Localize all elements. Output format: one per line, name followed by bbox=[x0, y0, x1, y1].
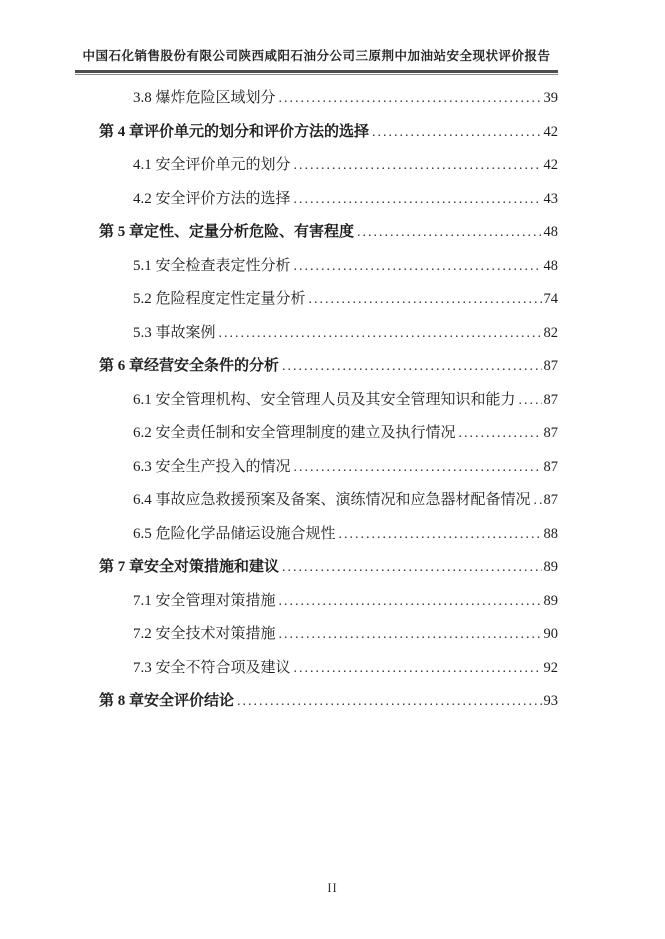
toc-page-number: 42 bbox=[542, 116, 559, 150]
toc-page-number: 48 bbox=[542, 250, 559, 284]
toc-page-number: 87 bbox=[542, 417, 559, 451]
toc-entry: 4.1 安全评价单元的划分 42 bbox=[75, 149, 558, 183]
toc-dot-leader bbox=[357, 216, 541, 250]
toc-page-number: 89 bbox=[542, 551, 559, 585]
page-footer: II bbox=[0, 881, 665, 896]
toc-entry: 3.8 爆炸危险区域划分 39 bbox=[75, 82, 558, 116]
toc-entry: 5.3 事故案例 82 bbox=[75, 317, 558, 351]
toc-page-number: 82 bbox=[542, 317, 559, 351]
toc-dot-leader bbox=[282, 551, 541, 585]
toc-entry-label: 7.1 安全管理对策措施 bbox=[133, 585, 279, 619]
toc-entry: 第 6 章经营安全条件的分析 87 bbox=[75, 350, 558, 384]
toc-entry-label: 第 4 章评价单元的划分和评价方法的选择 bbox=[99, 116, 372, 150]
toc-entry-label: 7.3 安全不符合项及建议 bbox=[133, 652, 294, 686]
header-rule-divider bbox=[75, 70, 558, 75]
toc-dot-leader bbox=[372, 116, 541, 150]
toc-page-number: 87 bbox=[542, 451, 559, 485]
toc-page-number: 48 bbox=[542, 216, 559, 250]
toc-entry: 5.1 安全检查表定性分析 48 bbox=[75, 250, 558, 284]
toc-entry-label: 6.1 安全管理机构、安全管理人员及其安全管理知识和能力 bbox=[133, 384, 519, 418]
page-header-title: 中国石化销售股份有限公司陕西咸阳石油分公司三原荆中加油站安全现状评价报告 bbox=[75, 46, 558, 64]
toc-dot-leader bbox=[519, 384, 542, 418]
toc-entry-label: 第 6 章经营安全条件的分析 bbox=[99, 350, 282, 384]
toc-dot-leader bbox=[534, 484, 542, 518]
toc-page-number: 87 bbox=[542, 350, 559, 384]
toc-entry: 6.3 安全生产投入的情况 87 bbox=[75, 451, 558, 485]
footer-page-number: II bbox=[327, 881, 337, 895]
toc-entry-label: 5.1 安全检查表定性分析 bbox=[133, 250, 294, 284]
toc-entry-label: 5.3 事故案例 bbox=[133, 317, 219, 351]
toc-entry: 6.1 安全管理机构、安全管理人员及其安全管理知识和能力 87 bbox=[75, 384, 558, 418]
toc-entry: 第 4 章评价单元的划分和评价方法的选择 42 bbox=[75, 116, 558, 150]
document-page: 中国石化销售股份有限公司陕西咸阳石油分公司三原荆中加油站安全现状评价报告 3.8… bbox=[0, 0, 665, 939]
toc-entry-label: 6.5 危险化学品储运设施合规性 bbox=[133, 518, 339, 552]
toc-dot-leader bbox=[459, 417, 542, 451]
toc-entry-label: 4.2 安全评价方法的选择 bbox=[133, 183, 294, 217]
toc-dot-leader bbox=[279, 618, 542, 652]
toc-entry-label: 第 8 章安全评价结论 bbox=[99, 685, 237, 719]
toc-entry: 第 8 章安全评价结论 93 bbox=[75, 685, 558, 719]
toc-entry: 7.2 安全技术对策措施 90 bbox=[75, 618, 558, 652]
toc-page-number: 89 bbox=[542, 585, 559, 619]
toc-dot-leader bbox=[309, 283, 542, 317]
toc-entry-label: 6.4 事故应急救援预案及备案、演练情况和应急器材配备情况 bbox=[133, 484, 534, 518]
toc-entry: 6.5 危险化学品储运设施合规性 88 bbox=[75, 518, 558, 552]
toc-entry-label: 第 5 章定性、定量分析危险、有害程度 bbox=[99, 216, 357, 250]
toc-entry: 7.3 安全不符合项及建议 92 bbox=[75, 652, 558, 686]
toc-dot-leader bbox=[282, 350, 541, 384]
toc-page-number: 42 bbox=[542, 149, 559, 183]
toc-page-number: 90 bbox=[542, 618, 559, 652]
toc-page-number: 93 bbox=[542, 685, 559, 719]
toc-list: 3.8 爆炸危险区域划分 39 第 4 章评价单元的划分和评价方法的选择 42 … bbox=[75, 82, 558, 719]
toc-dot-leader bbox=[279, 82, 542, 116]
toc-entry-label: 5.2 危险程度定性定量分析 bbox=[133, 283, 309, 317]
toc-page-number: 88 bbox=[542, 518, 559, 552]
toc-entry-label: 6.3 安全生产投入的情况 bbox=[133, 451, 294, 485]
toc-entry: 第 5 章定性、定量分析危险、有害程度 48 bbox=[75, 216, 558, 250]
toc-page-number: 87 bbox=[542, 484, 559, 518]
toc-entry: 7.1 安全管理对策措施 89 bbox=[75, 585, 558, 619]
toc-page-number: 74 bbox=[542, 283, 559, 317]
toc-entry-label: 6.2 安全责任制和安全管理制度的建立及执行情况 bbox=[133, 417, 459, 451]
toc-entry-label: 7.2 安全技术对策措施 bbox=[133, 618, 279, 652]
toc-dot-leader bbox=[294, 250, 542, 284]
toc-page-number: 87 bbox=[542, 384, 559, 418]
toc-dot-leader bbox=[279, 585, 542, 619]
toc-page-number: 92 bbox=[542, 652, 559, 686]
toc-dot-leader bbox=[294, 149, 542, 183]
toc-dot-leader bbox=[219, 317, 542, 351]
toc-entry: 6.4 事故应急救援预案及备案、演练情况和应急器材配备情况 87 bbox=[75, 484, 558, 518]
toc-entry: 第 7 章安全对策措施和建议 89 bbox=[75, 551, 558, 585]
toc-entry: 6.2 安全责任制和安全管理制度的建立及执行情况 87 bbox=[75, 417, 558, 451]
toc-entry: 5.2 危险程度定性定量分析 74 bbox=[75, 283, 558, 317]
toc-page-number: 39 bbox=[542, 82, 559, 116]
toc-dot-leader bbox=[294, 451, 542, 485]
toc-dot-leader bbox=[294, 183, 542, 217]
toc-entry: 4.2 安全评价方法的选择 43 bbox=[75, 183, 558, 217]
toc-entry-label: 4.1 安全评价单元的划分 bbox=[133, 149, 294, 183]
page-header: 中国石化销售股份有限公司陕西咸阳石油分公司三原荆中加油站安全现状评价报告 bbox=[75, 46, 558, 75]
toc-dot-leader bbox=[294, 652, 542, 686]
toc-dot-leader bbox=[339, 518, 542, 552]
toc-entry-label: 3.8 爆炸危险区域划分 bbox=[133, 82, 279, 116]
toc-entry-label: 第 7 章安全对策措施和建议 bbox=[99, 551, 282, 585]
toc-dot-leader bbox=[237, 685, 541, 719]
toc-page-number: 43 bbox=[542, 183, 559, 217]
